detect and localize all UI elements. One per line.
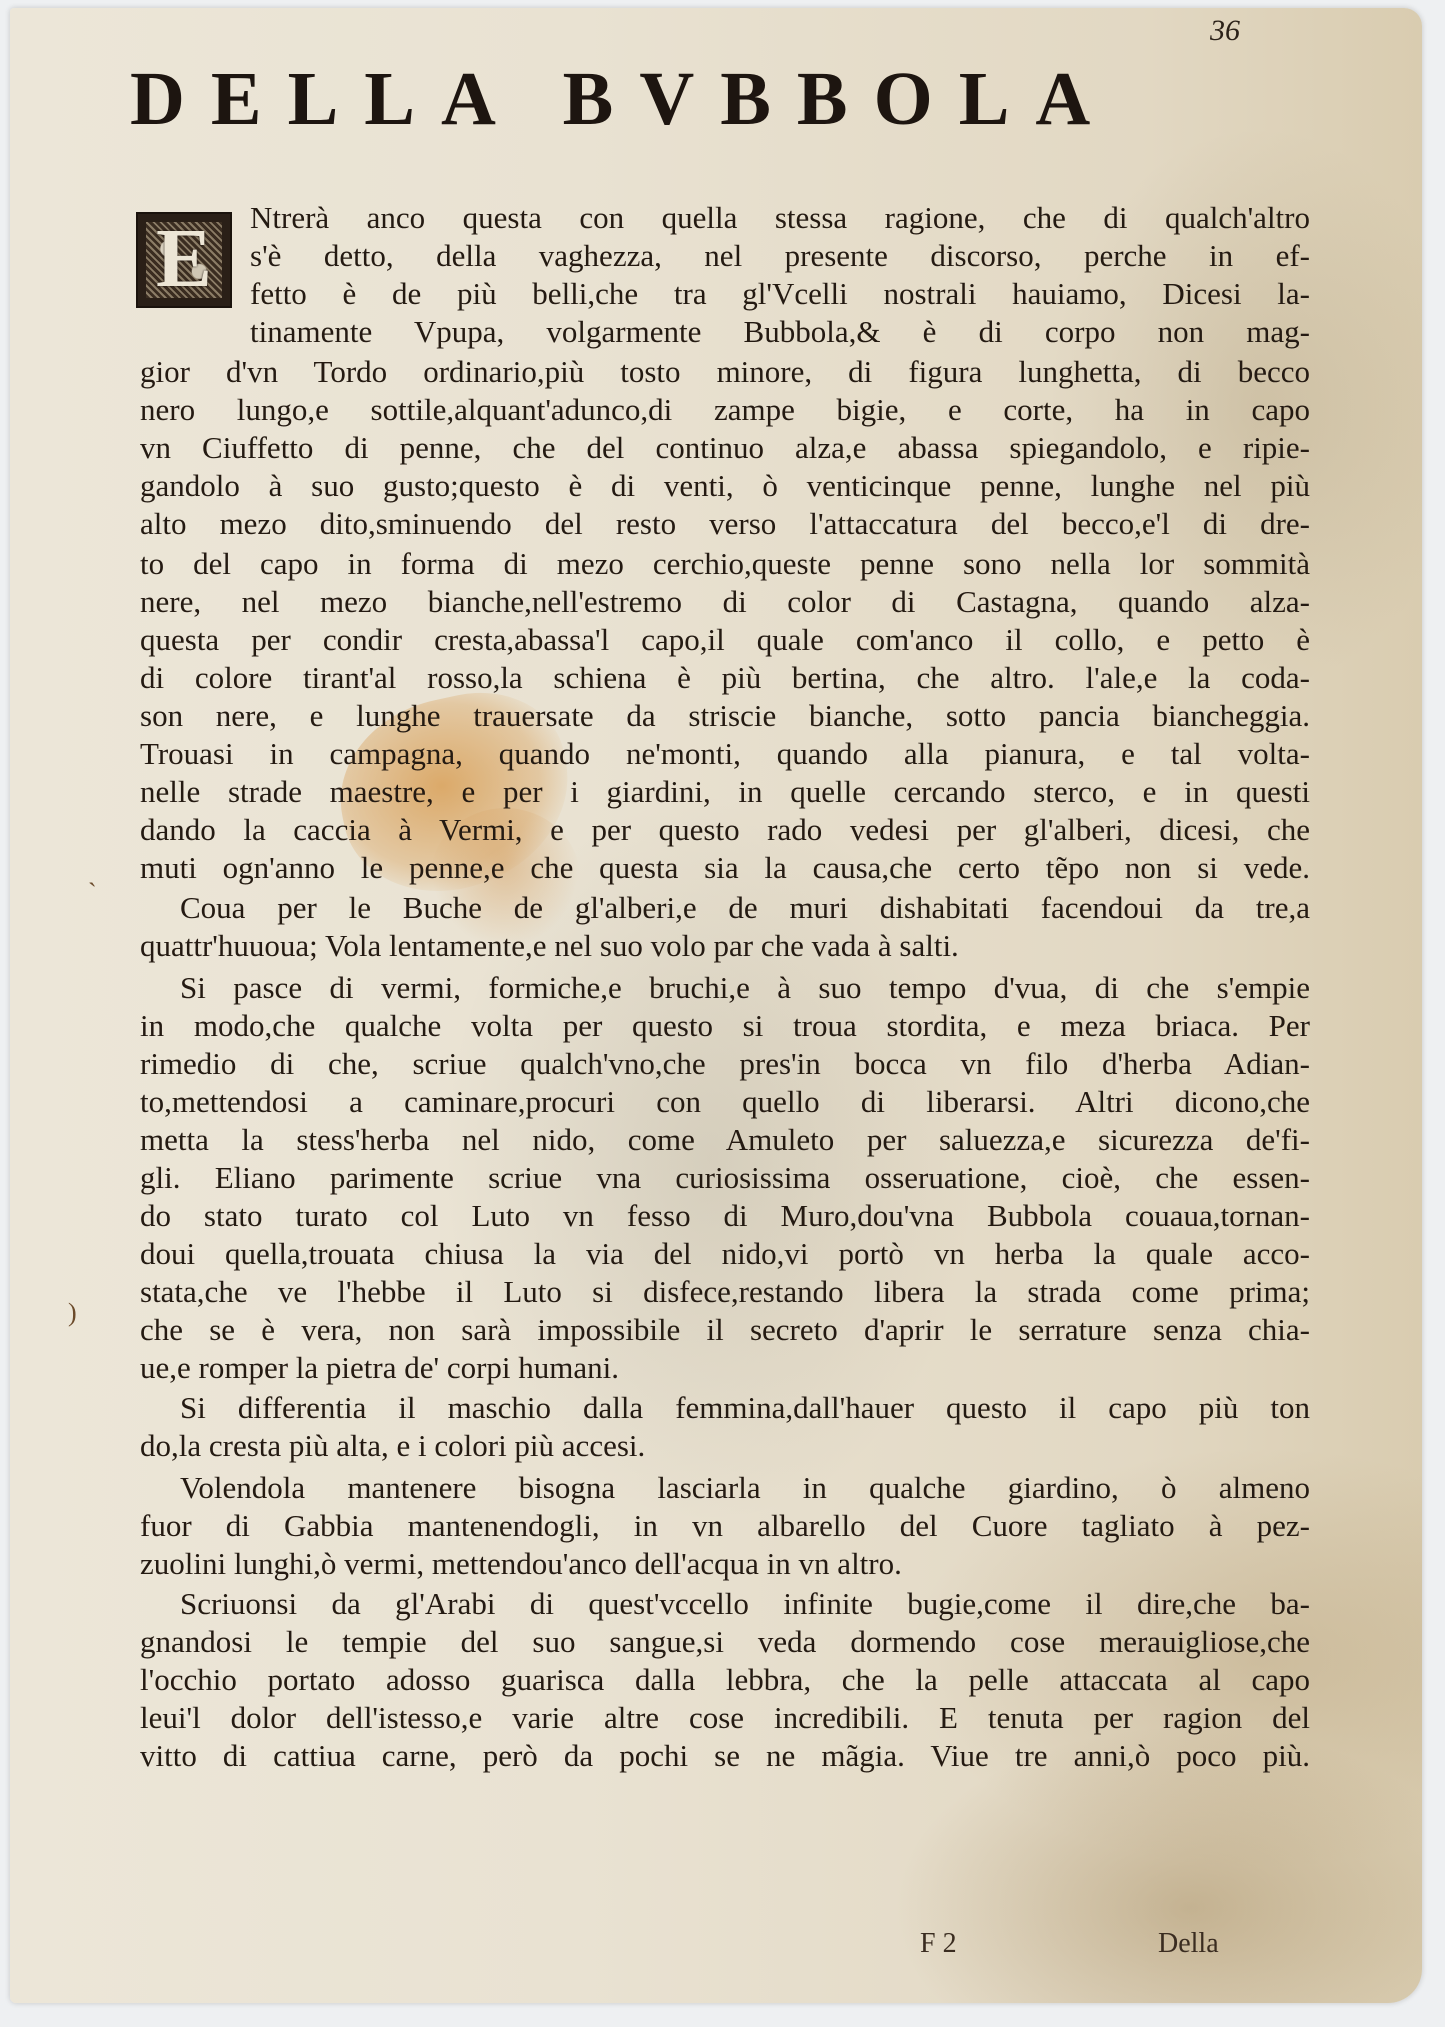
text-line: nero lungo,e sottile,alquant'adunco,di z… xyxy=(140,392,1310,428)
text-line: zuolini lunghi,ò vermi, mettendou'anco d… xyxy=(140,1546,902,1582)
text-line: gior d'vn Tordo ordinario,più tosto mino… xyxy=(140,354,1310,390)
page-number: 36 xyxy=(1210,14,1240,48)
text-line: di colore tirant'al rosso,la schiena è p… xyxy=(140,660,1310,696)
catchword: Della xyxy=(1158,1928,1219,1960)
text-line: fetto è de più belli,che tra gl'Vcelli n… xyxy=(250,276,1310,312)
page-title: DELLA BVBBOLA xyxy=(130,56,1116,143)
text-line: in modo,che qualche volta per questo si … xyxy=(140,1008,1310,1044)
margin-mark: ` xyxy=(88,878,97,908)
text-line: ue,e romper la pietra de' corpi humani. xyxy=(140,1350,619,1386)
text-line: to,mettendosi a caminare,procuri con que… xyxy=(140,1084,1310,1120)
drop-cap-letter: E xyxy=(138,210,230,307)
text-line: doui quella,trouata chiusa la via del ni… xyxy=(140,1236,1310,1272)
text-line: Volendola mantenere bisogna lasciarla in… xyxy=(180,1470,1310,1506)
document-page: 36 DELLA BVBBOLA E ` ) Ntrerà anco quest… xyxy=(10,8,1422,2003)
text-line: che se è vera, non sarà impossibile il s… xyxy=(140,1312,1310,1348)
text-line: Si differentia il maschio dalla femmina,… xyxy=(180,1390,1310,1426)
text-line: Si pasce di vermi, formiche,e bruchi,e à… xyxy=(180,970,1310,1006)
text-line: l'occhio portato adosso guarisca dalla l… xyxy=(140,1662,1310,1698)
text-line: vitto di cattiua carne, però da pochi se… xyxy=(140,1738,1310,1774)
text-line: do,la cresta più alta, e i colori più ac… xyxy=(140,1428,645,1464)
text-line: to del capo in forma di mezo cerchio,que… xyxy=(140,546,1310,582)
text-line: Coua per le Buche de gl'alberi,e de muri… xyxy=(180,890,1310,926)
text-line: son nere, e lunghe trauersate da strisci… xyxy=(140,698,1310,734)
text-line: metta la stess'herba nel nido, come Amul… xyxy=(140,1122,1310,1158)
text-line: muti ogn'anno le penne,e che questa sia … xyxy=(140,850,1310,886)
margin-mark: ) xyxy=(68,1298,77,1328)
text-line: do stato turato col Luto vn fesso di Mur… xyxy=(140,1198,1310,1234)
text-line: alto mezo dito,sminuendo del resto verso… xyxy=(140,506,1310,542)
text-line: Scriuonsi da gl'Arabi di quest'vccello i… xyxy=(180,1586,1310,1622)
text-line: gnandosi le tempie del suo sangue,si ved… xyxy=(140,1624,1310,1660)
text-line: gandolo à suo gusto;questo è di venti, ò… xyxy=(140,468,1310,504)
decorated-initial-icon: E xyxy=(136,212,232,308)
text-line: nere, nel mezo bianche,nell'estremo di c… xyxy=(140,584,1310,620)
signature-mark: F 2 xyxy=(920,1928,957,1960)
text-line: quattr'huuoua; Vola lentamente,e nel suo… xyxy=(140,928,959,964)
text-line: Trouasi in campagna, quando ne'monti, qu… xyxy=(140,736,1310,772)
text-line: vn Ciuffetto di penne, che del continuo … xyxy=(140,430,1310,466)
text-line: questa per condir cresta,abassa'l capo,i… xyxy=(140,622,1310,658)
text-line: rimedio di che, scriue qualch'vno,che pr… xyxy=(140,1046,1310,1082)
text-line: Ntrerà anco questa con quella stessa rag… xyxy=(250,200,1310,236)
text-line: leui'l dolor dell'istesso,e varie altre … xyxy=(140,1700,1310,1736)
text-line: gli. Eliano parimente scriue vna curiosi… xyxy=(140,1160,1310,1196)
text-line: s'è detto, della vaghezza, nel presente … xyxy=(250,238,1310,274)
text-line: nelle strade maestre, e per i giardini, … xyxy=(140,774,1310,810)
text-line: tinamente Vpupa, volgarmente Bubbola,& è… xyxy=(250,314,1310,350)
text-line: fuor di Gabbia mantenendogli, in vn alba… xyxy=(140,1508,1310,1544)
text-line: dando la caccia à Vermi, e per questo ra… xyxy=(140,812,1310,848)
text-line: stata,che ve l'hebbe il Luto si disfece,… xyxy=(140,1274,1310,1310)
